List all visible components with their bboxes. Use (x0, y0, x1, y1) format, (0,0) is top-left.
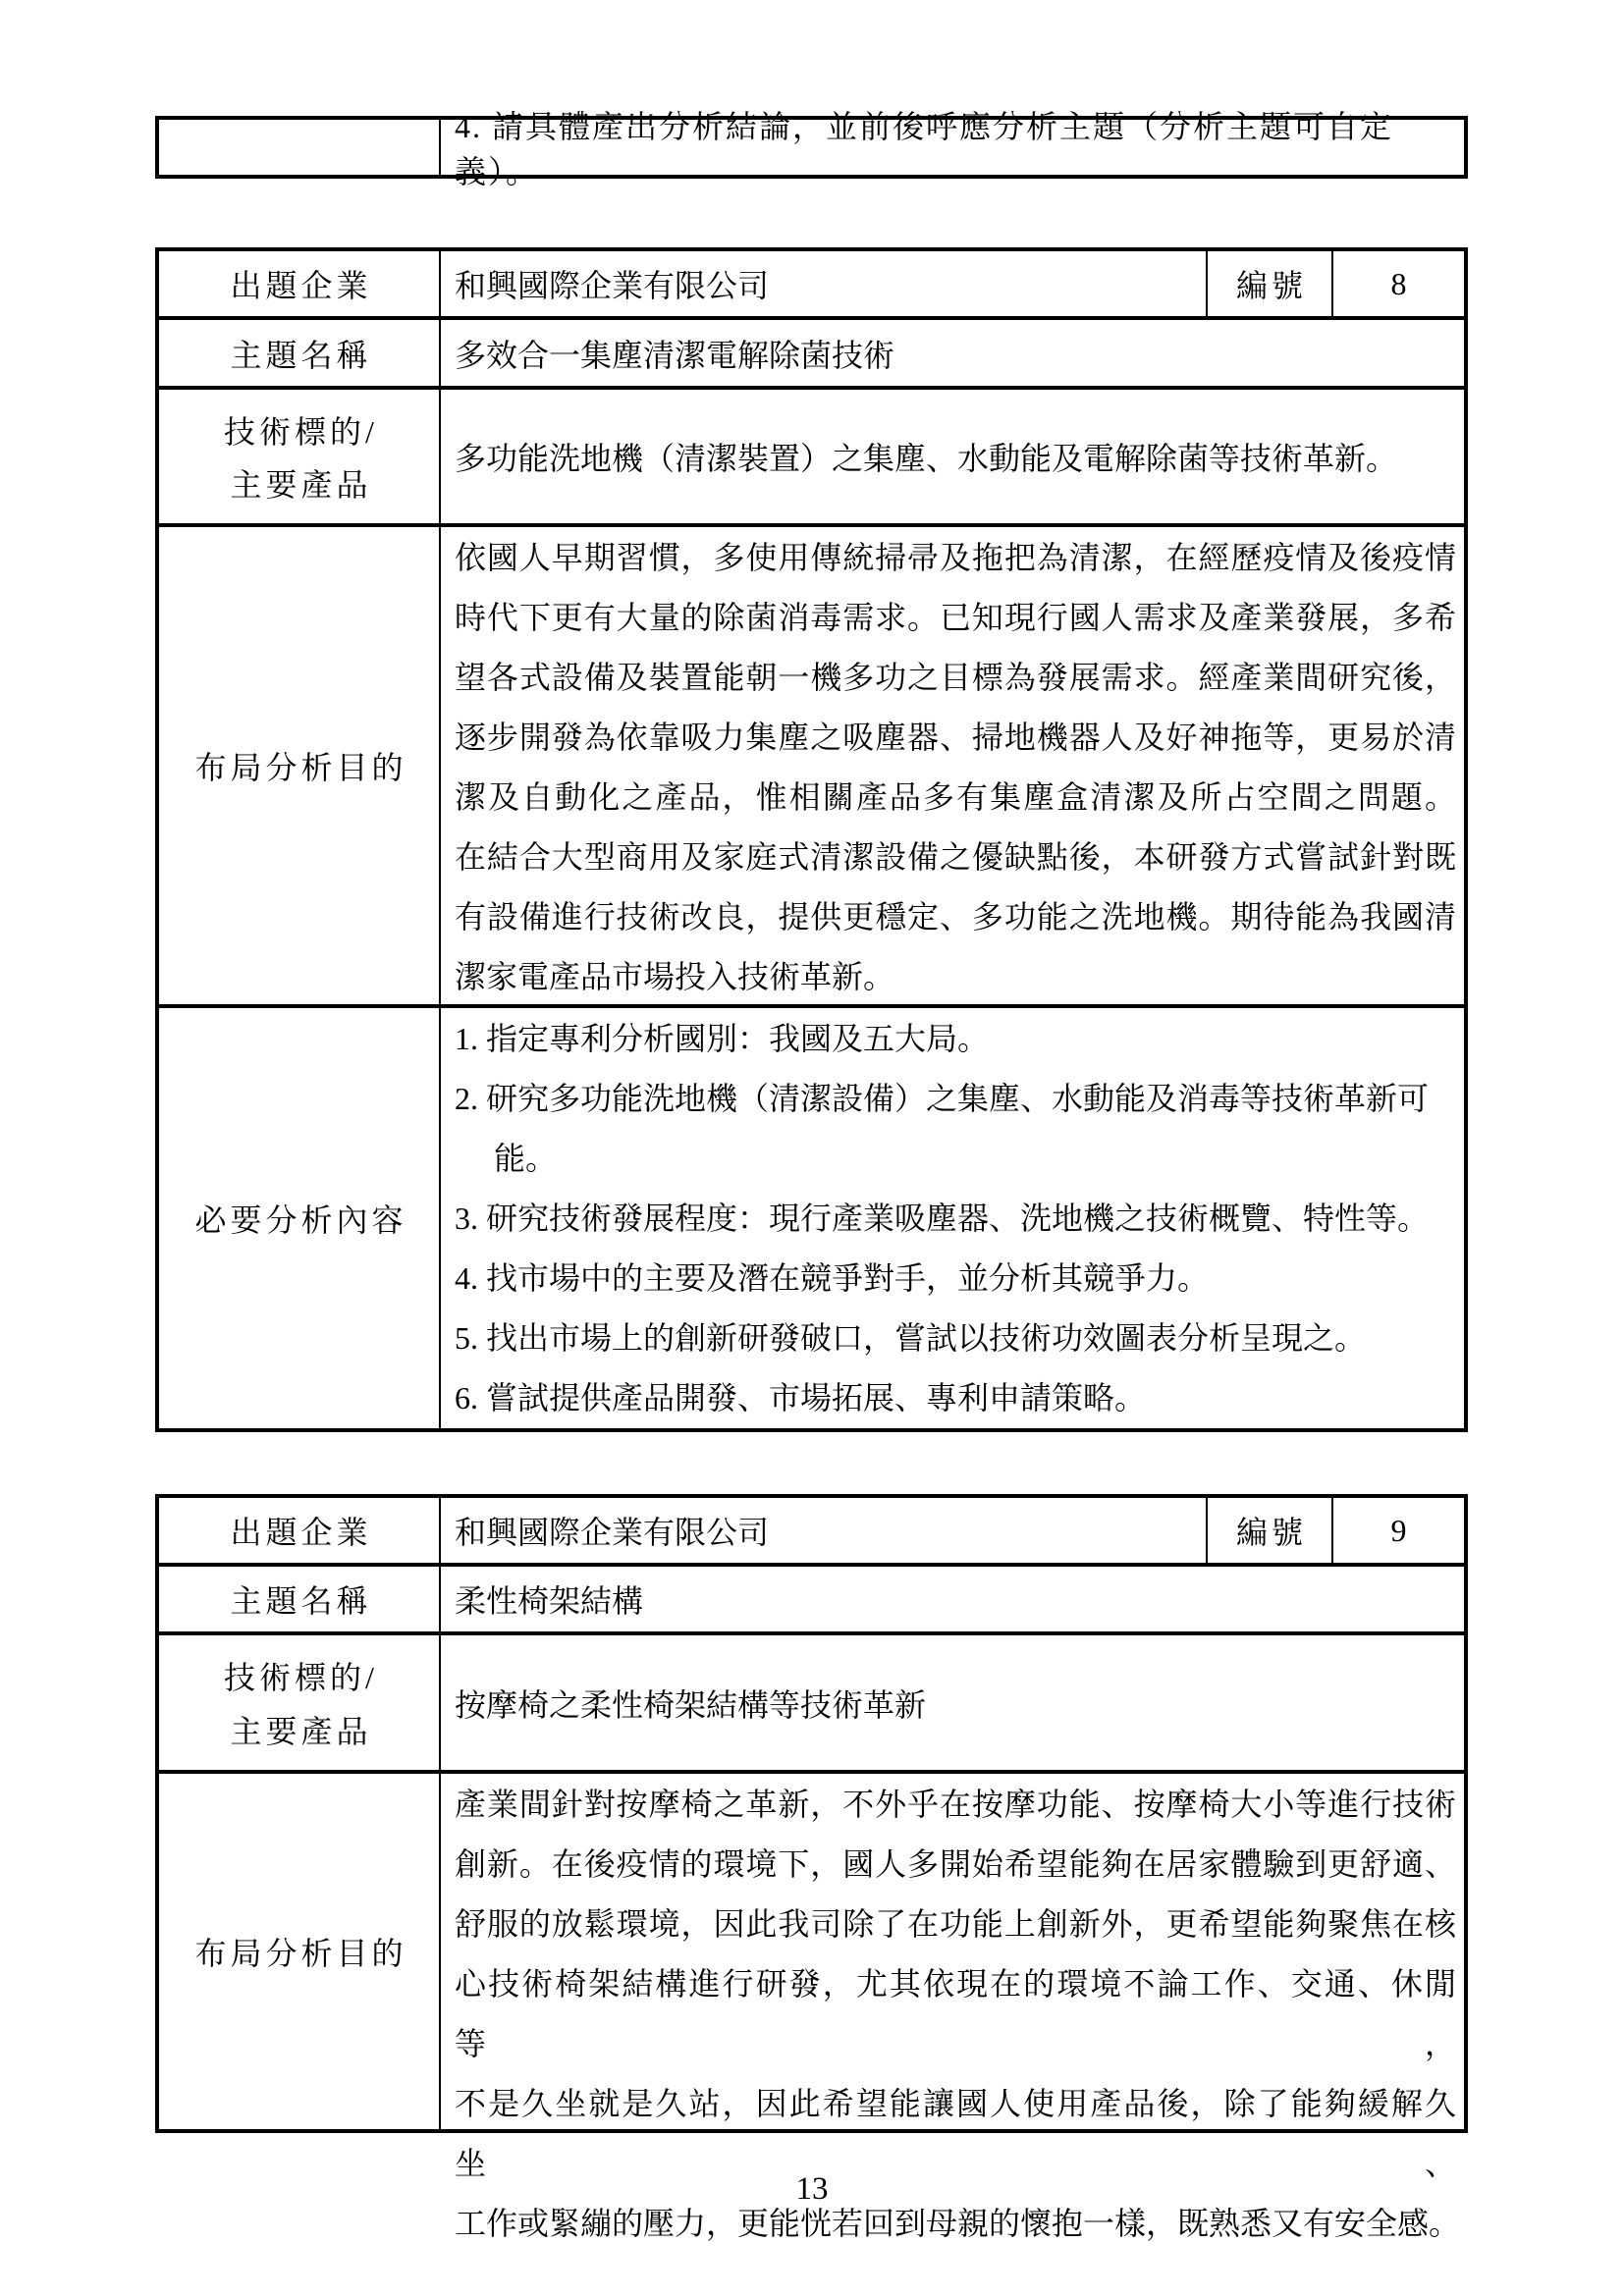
text-line: 2. 研究多功能洗地機（清潔設備）之集塵、水動能及消毒等技術革新可 (455, 1069, 1456, 1129)
text-line: 依國人早期習慣，多使用傳統掃帚及拖把為清潔，在經歷疫情及後疫情 (455, 528, 1456, 588)
serial-label: 編號 (1236, 261, 1307, 306)
serial-value: 8 (1391, 266, 1407, 302)
continuation-table: 4. 請具體產出分析結論，並前後呼應分析主題（分析主題可自定義）。 (155, 116, 1468, 179)
text-line: 舒服的放鬆環境，因此我司除了在功能上創新外，更希望能夠聚焦在核 (455, 1895, 1456, 1954)
table-row: 出題企業 和興國際企業有限公司 編號 8 (159, 251, 1464, 316)
text-line: 有設備進行技術改良，提供更穩定、多功能之洗地機。期待能為我國清 (455, 887, 1456, 947)
text-line: 1. 指定專利分析國別：我國及五大局。 (455, 1009, 1456, 1069)
serial-value-cell: 9 (1331, 1498, 1464, 1563)
table-row: 技術標的/ 主要產品 按摩椅之柔性椅架結構等技術革新 (159, 1631, 1464, 1770)
page-number: 13 (0, 2171, 1624, 2208)
topic-label: 主題名稱 (230, 1576, 371, 1622)
topic-label: 主題名稱 (230, 331, 371, 376)
target-label-line1: 技術標的/ (224, 407, 378, 453)
text-line: 逐步開發為依靠吸力集塵之吸塵器、掃地機器人及好神拖等，更易於清 (455, 708, 1456, 768)
company-value-cell: 和興國際企業有限公司 (439, 1498, 1206, 1563)
document-page: { "page": { "number": "13" }, "fragment"… (0, 0, 1624, 2296)
company-label: 出題企業 (230, 261, 371, 306)
target-value: 多功能洗地機（清潔裝置）之集塵、水動能及電解除菌等技術革新。 (455, 434, 1397, 479)
target-value-cell: 多功能洗地機（清潔裝置）之集塵、水動能及電解除菌等技術革新。 (439, 390, 1464, 523)
target-label-cell: 技術標的/ 主要產品 (159, 390, 439, 523)
topic-label-cell: 主題名稱 (159, 1567, 439, 1631)
continuation-text-cell: 4. 請具體產出分析結論，並前後呼應分析主題（分析主題可自定義）。 (439, 120, 1464, 175)
table-row: 布局分析目的 產業間針對按摩椅之革新，不外乎在按摩功能、按摩椅大小等進行技術創新… (159, 1770, 1464, 2129)
target-value: 按摩椅之柔性椅架結構等技術革新 (455, 1681, 926, 1726)
required-label-cell: 必要分析內容 (159, 1008, 439, 1428)
company-value: 和興國際企業有限公司 (455, 261, 769, 306)
text-line: 時代下更有大量的除菌消毒需求。已知現行國人需求及產業發展，多希 (455, 588, 1456, 648)
text-line: 產業間針對按摩椅之革新，不外乎在按摩功能、按摩椅大小等進行技術 (455, 1775, 1456, 1835)
purpose-text: 產業間針對按摩椅之革新，不外乎在按摩功能、按摩椅大小等進行技術創新。在後疫情的環… (439, 1774, 1464, 2129)
text-line: 能。 (455, 1129, 1456, 1189)
topic-label-cell: 主題名稱 (159, 320, 439, 386)
table-row: 主題名稱 柔性椅架結構 (159, 1563, 1464, 1631)
text-line: 5. 找出市場上的創新研發破口，嘗試以技術功效圖表分析呈現之。 (455, 1308, 1456, 1368)
topic-value: 柔性椅架結構 (455, 1576, 643, 1622)
company-label-cell: 出題企業 (159, 1498, 439, 1563)
table-row: 4. 請具體產出分析結論，並前後呼應分析主題（分析主題可自定義）。 (159, 120, 1464, 175)
text-line: 潔及自動化之產品，惟相關產品多有集塵盒清潔及所占空間之問題。 (455, 768, 1456, 828)
serial-value: 9 (1391, 1513, 1407, 1549)
company-label-cell: 出題企業 (159, 251, 439, 316)
continuation-empty-cell (159, 120, 439, 175)
text-line: 望各式設備及裝置能朝一機多功之目標為發展需求。經產業間研究後， (455, 648, 1456, 708)
target-value-cell: 按摩椅之柔性椅架結構等技術革新 (439, 1635, 1464, 1770)
serial-label-cell: 編號 (1206, 1498, 1331, 1563)
purpose-label: 布局分析目的 (194, 743, 406, 788)
company-value-cell: 和興國際企業有限公司 (439, 251, 1206, 316)
company-value: 和興國際企業有限公司 (455, 1508, 769, 1553)
continuation-text: 4. 請具體產出分析結論，並前後呼應分析主題（分析主題可自定義）。 (455, 102, 1456, 192)
table-row: 出題企業 和興國際企業有限公司 編號 9 (159, 1498, 1464, 1563)
text-line: 潔家電產品市場投入技術革新。 (455, 947, 1456, 1007)
topic-value-cell: 多效合一集塵清潔電解除菌技術 (439, 320, 1464, 386)
required-label: 必要分析內容 (194, 1196, 406, 1241)
text-line: 心技術椅架結構進行研發，尤其依現在的環境不論工作、交通、休閒等， (455, 1954, 1456, 2074)
text-line: 創新。在後疫情的環境下，國人多開始希望能夠在居家體驗到更舒適、 (455, 1835, 1456, 1895)
purpose-text: 依國人早期習慣，多使用傳統掃帚及拖把為清潔，在經歷疫情及後疫情時代下更有大量的除… (439, 527, 1464, 1004)
table-row: 技術標的/ 主要產品 多功能洗地機（清潔裝置）之集塵、水動能及電解除菌等技術革新… (159, 386, 1464, 523)
topic-table-9: 出題企業 和興國際企業有限公司 編號 9 主題名稱 柔性椅架結構 技術標的/ 主… (155, 1494, 1468, 2133)
topic-value-cell: 柔性椅架結構 (439, 1567, 1464, 1631)
target-label-line1: 技術標的/ (224, 1653, 378, 1698)
target-label-line2: 主要產品 (230, 1707, 371, 1752)
purpose-label-cell: 布局分析目的 (159, 1774, 439, 2129)
text-line: 3. 研究技術發展程度：現行產業吸塵器、洗地機之技術概覽、特性等。 (455, 1189, 1456, 1249)
target-label-cell: 技術標的/ 主要產品 (159, 1635, 439, 1770)
table-row: 布局分析目的 依國人早期習慣，多使用傳統掃帚及拖把為清潔，在經歷疫情及後疫情時代… (159, 523, 1464, 1004)
table-row: 必要分析內容 1. 指定專利分析國別：我國及五大局。2. 研究多功能洗地機（清潔… (159, 1004, 1464, 1428)
serial-label-cell: 編號 (1206, 251, 1331, 316)
topic-table-8: 出題企業 和興國際企業有限公司 編號 8 主題名稱 多效合一集塵清潔電解除菌技術… (155, 247, 1468, 1432)
target-label-line2: 主要產品 (230, 460, 371, 506)
topic-value: 多效合一集塵清潔電解除菌技術 (455, 331, 894, 376)
text-line: 6. 嘗試提供產品開發、市場拓展、專利申請策略。 (455, 1368, 1456, 1428)
purpose-label: 布局分析目的 (194, 1929, 406, 1974)
purpose-label-cell: 布局分析目的 (159, 527, 439, 1004)
serial-label: 編號 (1236, 1508, 1307, 1553)
serial-value-cell: 8 (1331, 251, 1464, 316)
text-line: 4. 找市場中的主要及潛在競爭對手，並分析其競爭力。 (455, 1249, 1456, 1308)
company-label: 出題企業 (230, 1508, 371, 1553)
table-row: 主題名稱 多效合一集塵清潔電解除菌技術 (159, 316, 1464, 386)
required-text: 1. 指定專利分析國別：我國及五大局。2. 研究多功能洗地機（清潔設備）之集塵、… (439, 1008, 1464, 1428)
text-line: 在結合大型商用及家庭式清潔設備之優缺點後，本研發方式嘗試針對既 (455, 828, 1456, 887)
